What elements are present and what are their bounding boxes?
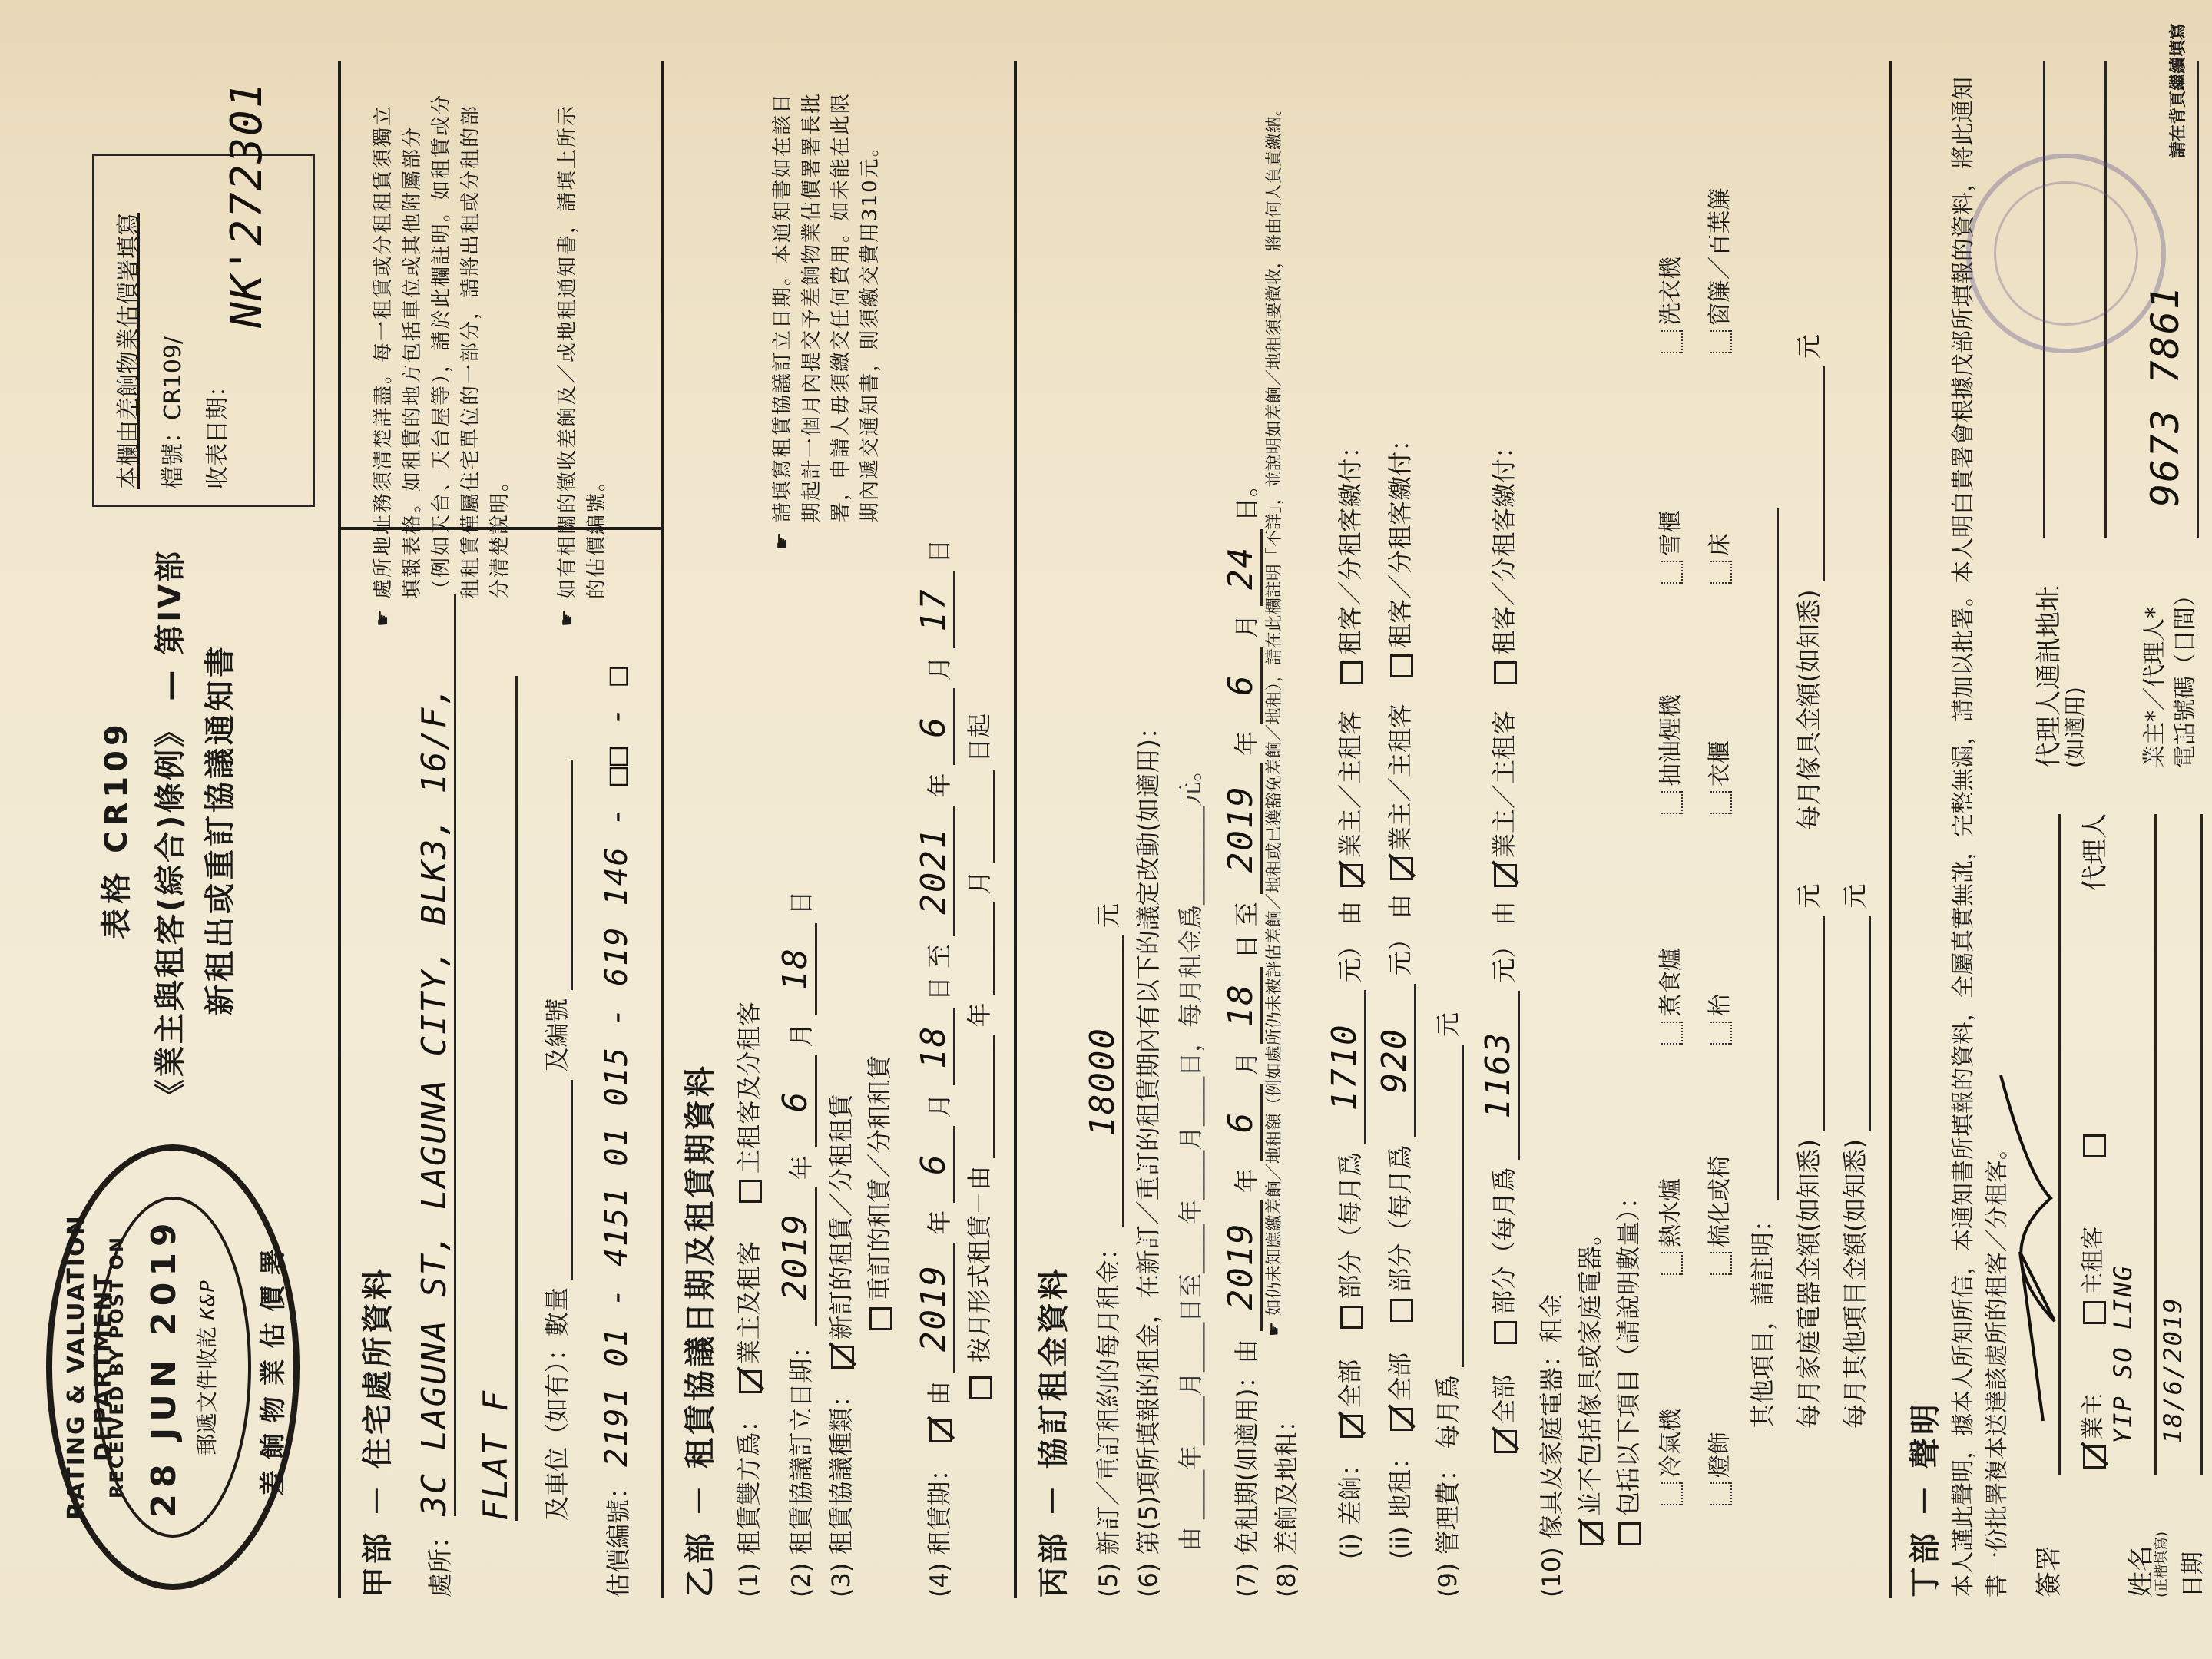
- rates-part-checkbox[interactable]: [1340, 1306, 1363, 1329]
- rates-part-label: 部分（每月爲: [1336, 1152, 1365, 1300]
- q7-from-month[interactable]: 6: [1221, 1084, 1263, 1161]
- pointer-icon: ☛: [768, 531, 797, 550]
- q2-day[interactable]: 18: [776, 923, 817, 1015]
- govrent-all-checkbox[interactable]: [1390, 1408, 1413, 1431]
- q4-from-label: 由: [925, 1381, 954, 1406]
- appliance-label: 窗簾／百葉簾: [1707, 187, 1734, 326]
- stamp-cn-line2: 差餉物業估價署: [252, 1151, 290, 1584]
- part-a-note2: ☛ 如有相關的徵收差餉及／或地租通知書，請填上所示的估價編號。: [553, 92, 611, 599]
- appliance-qty-box[interactable]: [1661, 791, 1683, 814]
- chop-seal: [1966, 154, 2166, 353]
- q7-to-year[interactable]: 2019: [1221, 763, 1263, 894]
- office-use-box: 本欄由差餉物業估價署填寫 檔號：CR109/ 收表日期： NK'272301: [92, 154, 315, 507]
- name-value[interactable]: YIP SO LING: [2108, 1264, 2137, 1444]
- q4-to-label: 至: [925, 944, 954, 969]
- mgmt-all-label: 全部: [1489, 1375, 1518, 1424]
- part-b-title: 乙部 － 租賃協議日期及租賃期資料: [676, 1063, 720, 1598]
- monthly-other-field[interactable]: [1869, 916, 1871, 1131]
- mgmt-all-checkbox[interactable]: [1494, 1430, 1517, 1453]
- q4-to-month[interactable]: 6: [914, 688, 955, 765]
- q6-line[interactable]: 由 ____年____月____日至____年____月____日，每月租金爲_…: [1171, 757, 1207, 1551]
- premises-line2[interactable]: FLAT F: [476, 676, 518, 1521]
- q4-to-year[interactable]: 2021: [914, 806, 955, 936]
- q10-included-checkbox[interactable]: [1618, 1522, 1641, 1545]
- monthly-furniture-field[interactable]: [1823, 366, 1825, 581]
- mgmt-paid-by: 由: [1489, 901, 1518, 926]
- stamp-initials: K&P: [197, 1279, 220, 1320]
- parking-no-field[interactable]: [571, 760, 573, 990]
- appliance-qty-box[interactable]: [1661, 1252, 1683, 1275]
- assessment-no[interactable]: 2191 01 - 4151 01 015 - 619 146 - □□ - □: [599, 666, 634, 1467]
- monthly-appliances-field[interactable]: [1823, 916, 1825, 1131]
- govrent-owner-label: 業主／主租客: [1386, 704, 1415, 851]
- rates-amount[interactable]: 1710: [1325, 990, 1366, 1144]
- mgmt-row2: 全部 部分（每月爲 1163 元） 由 業主／主租客 租客／分租客繳付：: [1479, 434, 1520, 1459]
- rates-tenant-checkbox[interactable]: [1340, 661, 1363, 684]
- appliance-item[interactable]: 衣櫃: [1700, 584, 1734, 814]
- mgmt-amount[interactable]: 1163: [1479, 991, 1520, 1160]
- mgmt-owner-label: 業主／主租客: [1489, 710, 1518, 858]
- mgmt-row1: (9) 管理費： 每月爲 元: [1429, 1012, 1464, 1598]
- role-main-tenant-label: 主租客: [2080, 1226, 2107, 1295]
- rates-tenant-label: 租客／分租客繳付：: [1336, 434, 1365, 655]
- other-items-label: 其他項目，請註明：: [1748, 1207, 1777, 1429]
- appliance-label: 床: [1707, 533, 1734, 556]
- q7-from-year[interactable]: 2019: [1221, 1200, 1263, 1331]
- govrent-all-label: 全部: [1386, 1353, 1415, 1402]
- monthly-other-label: 每月其他項目金額(如知悉): [1840, 1139, 1869, 1429]
- appliance-item[interactable]: 洗衣機: [1651, 123, 1685, 353]
- govrent-tenant-label: 租客／分租客繳付：: [1386, 427, 1415, 648]
- office-box-header: 本欄由差餉物業估價署填寫: [107, 171, 151, 489]
- q4-from-year[interactable]: 2019: [914, 1243, 955, 1373]
- appliance-item[interactable]: 抽油煙機: [1651, 584, 1685, 814]
- appliance-item[interactable]: 燈飾: [1700, 1275, 1734, 1505]
- q7-to-day[interactable]: 24: [1221, 529, 1263, 606]
- appliance-qty-box[interactable]: [1710, 330, 1732, 353]
- other-items-field[interactable]: [1777, 508, 1779, 1200]
- mgmt-unit: 元: [1433, 1012, 1462, 1037]
- cr109-form-sheet: 表格 CR109 《業主與租客(綜合)條例》 — 第IV部 新租出或重訂協議通知…: [0, 0, 2212, 1659]
- appliance-label: 煮食爐: [1657, 948, 1684, 1017]
- q7-from-day[interactable]: 18: [1221, 967, 1263, 1044]
- q4-monthly-suffix: 日起: [965, 714, 994, 763]
- file-no-value: NK'272301: [225, 81, 270, 328]
- parking-no-label: 及編號: [542, 998, 571, 1072]
- mgmt-label: (9) 管理費：: [1433, 1456, 1462, 1598]
- appliance-item[interactable]: 床: [1700, 353, 1734, 584]
- appliance-qty-box[interactable]: [1661, 561, 1683, 584]
- q3-label: (3) 租賃協議種類：: [826, 1382, 856, 1598]
- appliance-qty-box[interactable]: [1710, 1252, 1732, 1275]
- appliance-item[interactable]: 煮食爐: [1651, 814, 1685, 1045]
- appliance-item[interactable]: 窗簾／百葉簾: [1700, 123, 1734, 353]
- appliance-label: 梳化或椅: [1707, 1155, 1734, 1247]
- q10-opt1-label: 並不包括傢具或家庭電器。: [1575, 1221, 1604, 1516]
- appliance-label: 衣櫃: [1707, 740, 1734, 786]
- q10-not-included-checkbox[interactable]: [1580, 1522, 1603, 1545]
- stamp-date: 28 JUN 2019: [144, 1151, 184, 1584]
- signature-scrawl[interactable]: [1997, 891, 2066, 1429]
- govrent-amount[interactable]: 920: [1375, 984, 1416, 1137]
- q4-label: (4) 租賃期：: [925, 1456, 954, 1598]
- mgmt-part-label: 部分（每月爲: [1489, 1167, 1518, 1315]
- q7-label: (7) 免租期(如適用)：由: [1232, 1339, 1261, 1598]
- part-d-title: 丁部 － 聲明: [1901, 1401, 1945, 1598]
- assessment-label: 估價編號：: [604, 1475, 633, 1598]
- q1-owner-tenant-checkbox[interactable]: [739, 1370, 762, 1393]
- q4-from-month[interactable]: 6: [914, 1126, 955, 1203]
- appliance-item[interactable]: 梳化或椅: [1700, 1045, 1734, 1275]
- role-main-tenant-checkbox[interactable]: [2083, 1301, 2106, 1324]
- q4-monthly-checkbox[interactable]: [969, 1376, 992, 1399]
- appliance-qty-box[interactable]: [1661, 330, 1683, 353]
- q1-opt2-label: 主租客及分租客: [734, 1002, 763, 1174]
- q7-to-month[interactable]: 6: [1221, 647, 1263, 724]
- q1-opt1-label: 業主及租客: [734, 1241, 763, 1364]
- q3-new-checkbox[interactable]: [831, 1346, 854, 1369]
- appliance-label: 枱: [1707, 994, 1734, 1017]
- pointer-icon: ☛: [553, 608, 582, 627]
- role-agent-label: 代理人: [2074, 813, 2111, 891]
- rates-unit: 元: [1336, 958, 1365, 982]
- appliance-item[interactable]: 熱水爐: [1651, 1045, 1685, 1275]
- appliance-qty-box[interactable]: [1710, 1482, 1732, 1505]
- name-sub-label: (正楷填寫): [2151, 1532, 2171, 1598]
- govrent-tenant-checkbox[interactable]: [1390, 654, 1413, 677]
- rates-all-checkbox[interactable]: [1340, 1415, 1363, 1438]
- q5-unit: 元: [1094, 903, 1123, 928]
- parking-label: 及車位（如有）：數量: [542, 1287, 571, 1521]
- file-no-label: 檔號：CR109/: [151, 171, 196, 489]
- mgmt-monthly-label: 每月爲: [1433, 1375, 1462, 1449]
- q3-opt1-label: 新訂的租賃／分租租賃: [826, 1094, 856, 1339]
- phone-sub-label: 電話號碼（日間）: [2166, 584, 2200, 768]
- q4-from-day[interactable]: 18: [914, 1008, 955, 1085]
- pointer-icon: ☛: [1265, 1316, 1284, 1336]
- govrent-part-checkbox[interactable]: [1390, 1299, 1413, 1322]
- govrent-owner-checkbox[interactable]: [1390, 857, 1413, 880]
- q5-monthly-rent[interactable]: 18000: [1083, 935, 1124, 1227]
- mgmt-owner-checkbox[interactable]: [1494, 864, 1517, 887]
- pointer-icon: ☛: [369, 608, 398, 627]
- rates-paid-by: 由: [1336, 901, 1365, 926]
- part-c-title: 丙部 － 協訂租金資料: [1029, 1266, 1073, 1598]
- govrent-unit: 元: [1386, 951, 1415, 975]
- q4-monthly-month[interactable]: [993, 902, 995, 995]
- appliance-label: 抽油煙機: [1657, 694, 1684, 786]
- role-owner-checkbox[interactable]: [2083, 1445, 2106, 1469]
- appliance-qty-box[interactable]: [1661, 1022, 1683, 1045]
- footer-note: 請在背頁繼續填寫: [2165, 23, 2189, 158]
- appliance-item[interactable]: 雪櫃: [1651, 353, 1685, 584]
- q8-note: ☛ 如仍未知應繳差餉／地租額（例如處所仍未被評估差餉／地租或已獲豁免差餉／地租）…: [1263, 92, 1286, 1336]
- appliance-label: 熱水爐: [1657, 1178, 1684, 1247]
- appliance-label: 燈飾: [1707, 1432, 1734, 1478]
- phone-label: 業主*／代理人*: [2135, 607, 2169, 768]
- rates-owner-checkbox[interactable]: [1340, 864, 1363, 887]
- mgmt-tenant-label: 租客／分租客繳付：: [1489, 434, 1518, 655]
- q4-to-day[interactable]: 17: [914, 571, 955, 648]
- q4-fixed-term-checkbox[interactable]: [929, 1419, 952, 1442]
- premises-line1[interactable]: 3C LAGUNA ST, LAGUNA CITY, BLK3, 16/F,: [415, 594, 456, 1516]
- rates-row: (i) 差餉： 全部 部分（每月爲 1710 元） 由 業主／主租客 租客／分租…: [1325, 434, 1366, 1559]
- q2-year[interactable]: 2019: [776, 1187, 817, 1326]
- mgmt-part-checkbox[interactable]: [1494, 1321, 1517, 1344]
- mgmt-unit2: 元: [1489, 958, 1518, 982]
- q1-label: (1) 租賃雙方爲：: [734, 1407, 763, 1598]
- date-value[interactable]: 18/6/2019: [2158, 1297, 2187, 1444]
- appliance-label: 洗衣機: [1657, 257, 1684, 326]
- phone-value[interactable]: 9673 7861: [2143, 285, 2187, 507]
- role-agent-checkbox[interactable]: [2083, 1134, 2106, 1157]
- govrent-part-label: 部分（每月爲: [1386, 1145, 1415, 1293]
- mgmt-monthly-field[interactable]: [1462, 1045, 1464, 1367]
- appliance-qty-box[interactable]: [1710, 1022, 1732, 1045]
- q1-main-sub-tenant-checkbox[interactable]: [739, 1180, 762, 1203]
- govrent-label: (ii) 地租：: [1386, 1445, 1415, 1559]
- q10-opt2-label: 包括以下項目（請說明數量）：: [1614, 1184, 1643, 1516]
- appliance-item[interactable]: 枱: [1700, 814, 1734, 1045]
- q4-monthly-year[interactable]: [993, 1035, 995, 1158]
- stamp-inner-text: RECEIVED BY POST ON: [106, 1151, 127, 1584]
- mgmt-tenant-checkbox[interactable]: [1494, 661, 1517, 684]
- appliance-list: 冷氣機熱水爐煮食爐抽油煙機雪櫃洗衣機燈飾梳化或椅枱衣櫃床窗簾／百葉簾: [1651, 123, 1734, 1505]
- part-a-note1: ☛ 處所地址務須清楚詳盡。每一租賃或分租租賃須獨立填報表格。如租賃的地方包括車位…: [369, 92, 515, 599]
- appliance-item[interactable]: 冷氣機: [1651, 1275, 1685, 1505]
- q4-monthly-day[interactable]: [993, 770, 995, 863]
- date-label: 日期: [2174, 1551, 2207, 1598]
- premises-label: 處所：: [426, 1524, 455, 1598]
- govrent-paid-by: 由: [1386, 894, 1415, 919]
- rates-all-label: 全部: [1336, 1359, 1365, 1409]
- appliance-qty-box[interactable]: [1661, 1482, 1683, 1505]
- agent-address-sub: (如適用): [2058, 687, 2089, 768]
- q4-monthly-label: 按月形式租賃－由: [965, 1166, 994, 1363]
- appliance-label: 冷氣機: [1657, 1409, 1684, 1478]
- monthly-furniture-label: 每月傢具金額(如知悉): [1794, 590, 1823, 830]
- rates-owner-label: 業主／主租客: [1336, 710, 1365, 858]
- govrent-row: (ii) 地租： 全部 部分（每月爲 920 元） 由 業主／主租客 租客／分租…: [1375, 427, 1416, 1559]
- part-a-title: 甲部 － 住宅處所資料: [353, 1266, 397, 1598]
- q3-opt2-label: 重訂的租賃／分租租賃: [865, 1055, 894, 1301]
- q10-label: (10) 傢具及家庭電器：租金: [1532, 1293, 1568, 1598]
- appliance-qty-box[interactable]: [1710, 791, 1732, 814]
- q3-renew-checkbox[interactable]: [869, 1307, 892, 1330]
- q2-month[interactable]: 6: [776, 1055, 817, 1147]
- q2-label: (2) 租賃協議訂立日期：: [786, 1333, 816, 1598]
- role-owner-label: 業主: [2080, 1393, 2107, 1439]
- rates-label: (i) 差餉：: [1336, 1452, 1365, 1559]
- part-b-note: ☛ 請填寫租賃協議訂立日期。本通知書如在該日期起計一個月內提交予差餉物業估價署署…: [768, 92, 885, 522]
- appliance-label: 雪櫃: [1657, 510, 1684, 556]
- appliance-qty-box[interactable]: [1710, 561, 1732, 584]
- q5-label: (5) 新訂／重訂租約的每月租金：: [1094, 1235, 1123, 1598]
- parking-qty-field[interactable]: [571, 1080, 573, 1280]
- monthly-appliances-label: 每月家庭電器金額(如知悉): [1794, 1139, 1823, 1429]
- signature-label: 簽署: [2028, 1545, 2065, 1598]
- q6-label: (6) 第(5)項所填報的租金，在新訂／重訂的租賃期內有以下的議定改動(如適用)…: [1129, 714, 1164, 1598]
- q8-label: (8) 差餉及地租：: [1272, 1407, 1301, 1598]
- stamp-cn-line1: 郵遞文件收訖: [194, 1326, 220, 1455]
- received-stamp: RATING & VALUATION DEPARTMENT RECEIVED B…: [46, 1144, 300, 1590]
